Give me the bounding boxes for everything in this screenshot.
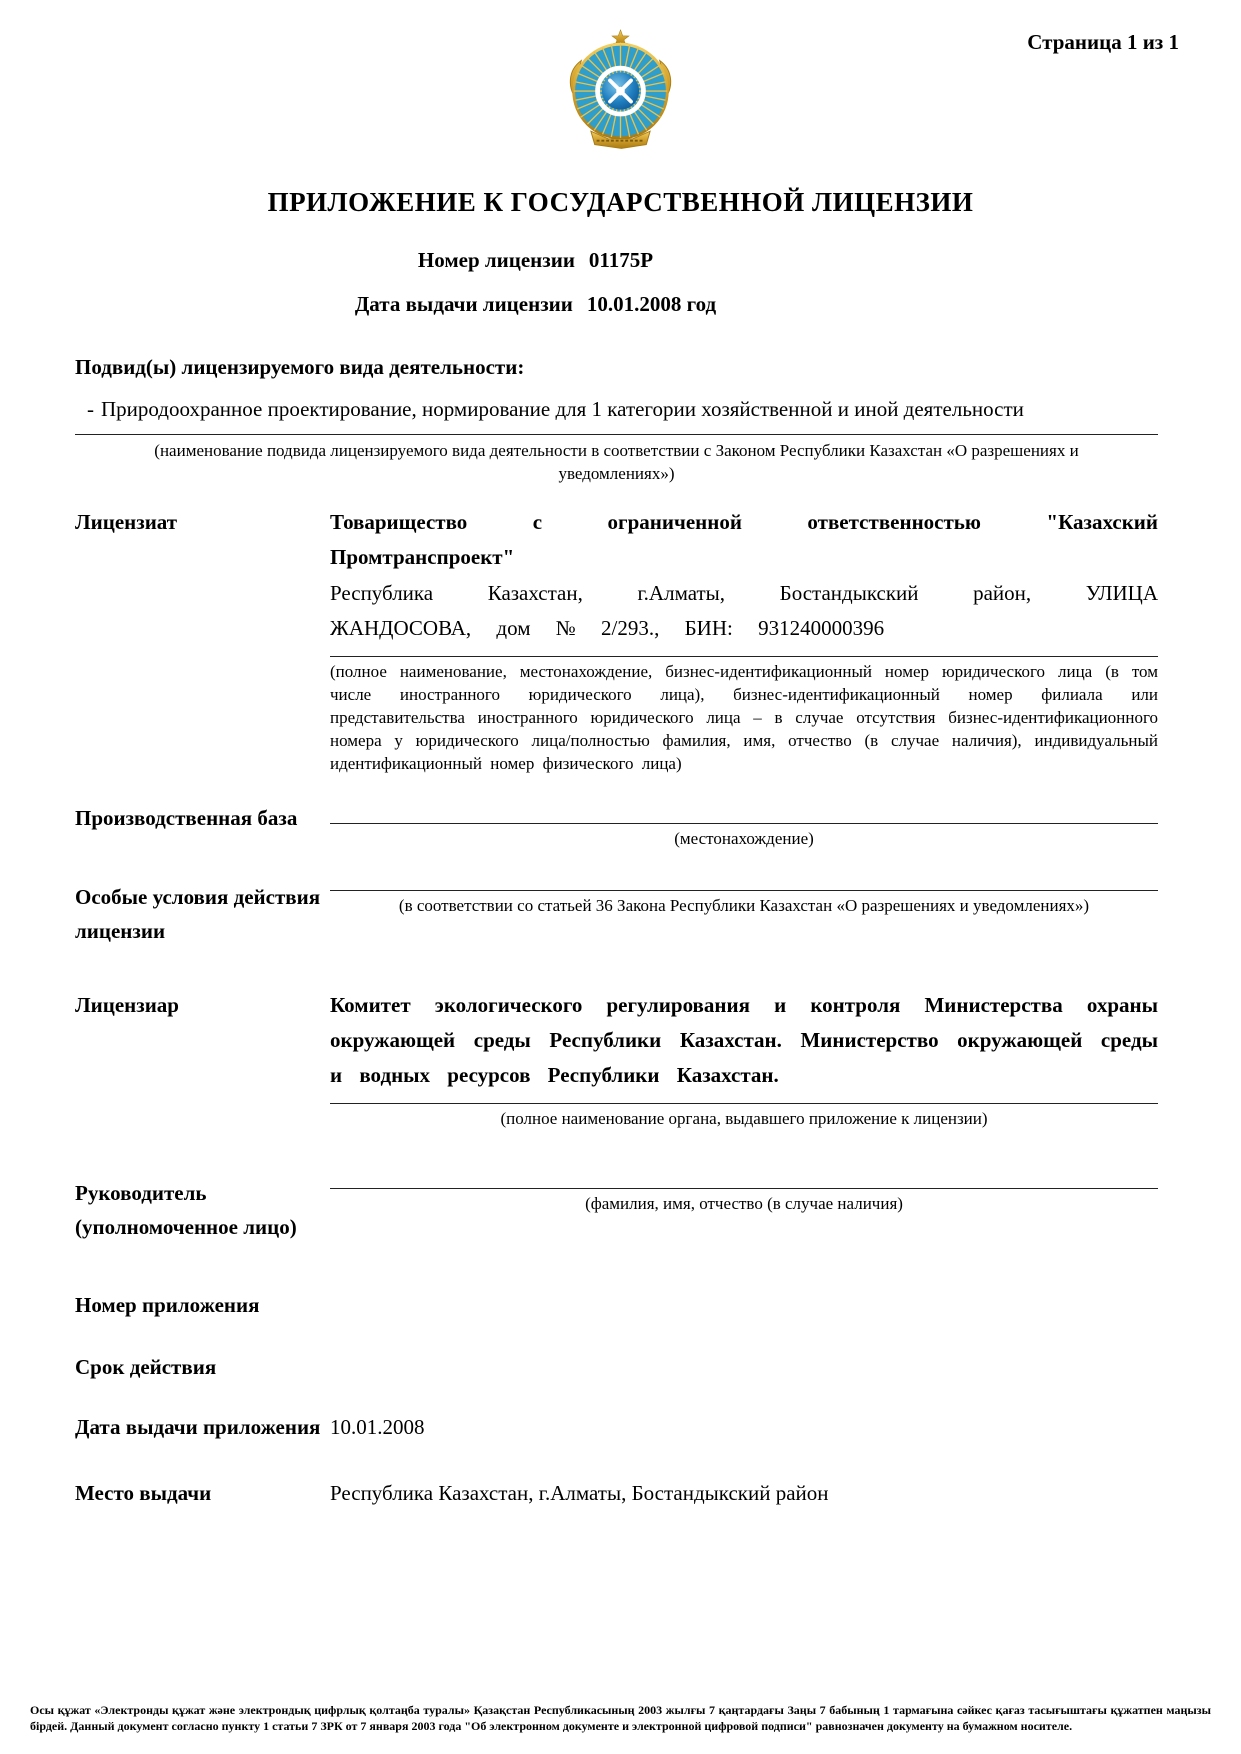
appendix-number-label: Номер приложения [75,1288,330,1322]
subtype-item-dash: - [75,392,101,426]
issue-place-row: Место выдачи Республика Казахстан, г.Алм… [75,1476,1158,1510]
appendix-issue-date-value: 10.01.2008 [330,1410,1158,1444]
head-person-caption: (фамилия, имя, отчество (в случае наличи… [330,1192,1158,1215]
appendix-issue-date-label: Дата выдачи приложения [75,1410,330,1444]
subtype-item-text: Природоохранное проектирование, нормиров… [101,392,1024,426]
licensee-caption: (полное наименование, местонахождение, б… [330,660,1158,775]
licensor-caption: (полное наименование органа, выдавшего п… [330,1107,1158,1130]
appendix-number-row: Номер приложения [75,1288,1158,1322]
licensee-underline [330,656,1158,657]
document-title: ПРИЛОЖЕНИЕ К ГОСУДАРСТВЕННОЙ ЛИЦЕНЗИИ [0,187,1241,218]
license-number-line: Номер лицензии01175Р [0,248,1156,273]
kazakhstan-coat-of-arms-icon [558,28,683,156]
issue-place-label: Место выдачи [75,1476,330,1510]
legal-footer: Осы құжат «Электронды құжат және электро… [30,1702,1211,1734]
production-base-underline [330,823,1158,824]
head-person-row: Руководитель (уполномоченное лицо) (фами… [75,1176,1158,1244]
head-person-underline [330,1188,1158,1189]
validity-label: Срок действия [75,1350,330,1384]
subtype-item: - Природоохранное проектирование, нормир… [75,392,1158,426]
validity-row: Срок действия [75,1350,1158,1384]
license-number-value: 01175Р [575,248,653,272]
licensee-name: Товарищество с ограниченной ответственно… [330,505,1158,575]
license-issue-date-label: Дата выдачи лицензии [355,292,573,316]
special-conditions-row: Особые условия действия лицензии (в соот… [75,880,1158,948]
document-body: Подвид(ы) лицензируемого вида деятельнос… [0,355,1241,1510]
head-person-label: Руководитель (уполномоченное лицо) [75,1176,330,1244]
production-base-row: Производственная база (местонахождение) [75,801,1158,850]
licensor-value: Комитет экологического регулирования и к… [330,988,1158,1093]
special-conditions-underline [330,890,1158,891]
production-base-label: Производственная база [75,801,330,850]
licensor-label: Лицензиар [75,988,330,1130]
special-conditions-label: Особые условия действия лицензии [75,880,330,948]
subtypes-underline [75,434,1158,435]
license-issue-date-line: Дата выдачи лицензии10.01.2008 год [0,292,1156,317]
appendix-number-value [330,1288,1158,1322]
subtypes-heading: Подвид(ы) лицензируемого вида деятельнос… [75,355,1158,380]
special-conditions-caption: (в соответствии со статьей 36 Закона Рес… [330,894,1158,917]
licensee-label: Лицензиат [75,505,330,775]
license-number-label: Номер лицензии [418,248,575,272]
subtypes-caption: (наименование подвида лицензируемого вид… [75,439,1158,485]
issue-place-value: Республика Казахстан, г.Алматы, Бостанды… [330,1476,1158,1510]
production-base-caption: (местонахождение) [330,827,1158,850]
license-issue-date-value: 10.01.2008 год [573,292,716,316]
licensor-underline [330,1103,1158,1104]
licensor-row: Лицензиар Комитет экологического регулир… [75,988,1158,1130]
document-header [0,0,1241,161]
licensee-row: Лицензиат Товарищество с ограниченной от… [75,505,1158,775]
appendix-issue-date-row: Дата выдачи приложения 10.01.2008 [75,1410,1158,1444]
licensee-address: Республика Казахстан, г.Алматы, Бостанды… [330,576,1158,646]
validity-value [330,1350,1158,1384]
page-number: Страница 1 из 1 [1027,30,1179,55]
